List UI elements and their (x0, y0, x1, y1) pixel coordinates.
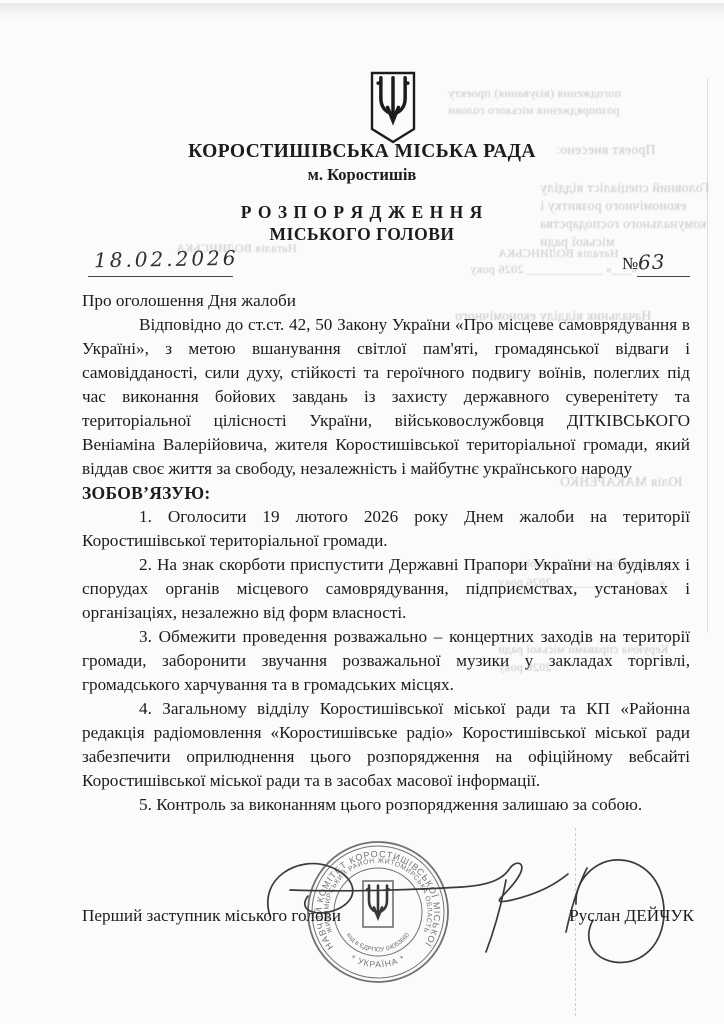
handwritten-signature (250, 820, 710, 990)
handwritten-number: 63 (638, 250, 666, 275)
signer-name: Руслан ДЕЙЧУК (569, 906, 694, 926)
order-item-4: 4. Загальному відділу Коростишівської мі… (82, 697, 690, 793)
document-body: Про оголошення Дня жалоби Відповідно до … (82, 289, 690, 817)
date-underline (88, 276, 233, 277)
trident-emblem-icon (369, 70, 417, 146)
scan-top-edge-shadow (0, 3, 724, 19)
document-type-subtitle: МІСЬКОГО ГОЛОВИ (0, 224, 724, 245)
document-number: №63 (622, 250, 666, 274)
number-sign: № (622, 254, 638, 273)
order-item-3: 3. Обмежити проведення розважально – кон… (82, 625, 690, 697)
subject-line: Про оголошення Дня жалоби (82, 289, 690, 313)
bleedthrough-text: Наталія ВОЛИНСЬКА (498, 246, 619, 261)
handwritten-date: 18.02.2026 (94, 246, 239, 273)
authority-name: КОРОСТИШІВСЬКА МІСЬКА РАДА (0, 141, 724, 163)
order-item-2: 2. На знак скорботи приспустити Державні… (82, 553, 690, 625)
order-item-1: 1. Оголосити 19 лютого 2026 року Днем жа… (82, 505, 690, 553)
order-item-5: 5. Контроль за виконанням цього розпоряд… (82, 793, 690, 817)
preamble-paragraph: Відповідно до ст.ст. 42, 50 Закону Украї… (82, 313, 690, 481)
number-underline (637, 276, 690, 277)
bleedthrough-text: розпорядження міського голови (448, 103, 619, 118)
city-name: м. Коростишів (0, 165, 724, 185)
document-type-title: Р О З П О Р Я Д Ж Е Н Н Я (0, 202, 724, 223)
order-heading: ЗОБОВ’ЯЗУЮ: (82, 481, 690, 505)
bleedthrough-text: погодження (візування) проекту (448, 86, 621, 101)
bleedthrough-text: «___» ____________ 2026 року (470, 262, 637, 277)
signer-position-title: Перший заступник міського голови (82, 906, 341, 926)
